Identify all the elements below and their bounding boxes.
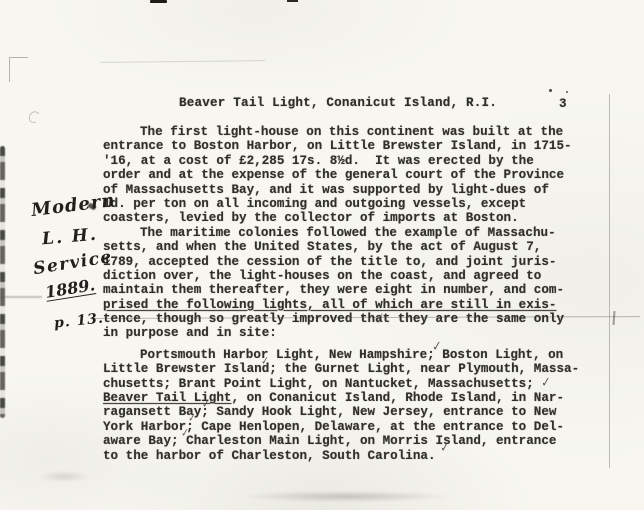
text-line: coasters, levied by the collector of imp… — [103, 211, 611, 225]
document-body: The first light-house on this continent … — [103, 125, 611, 463]
text-line: '16, at a cost of £2,285 17s. 8½d. It wa… — [103, 154, 611, 168]
checkmark-boston-light: ✓ — [432, 338, 443, 355]
text-line: York Harbor; Cape Henlopen, Delaware, at… — [103, 420, 611, 434]
text-line: maintain them thereafter, they were eigh… — [103, 283, 611, 297]
checkmark-cape-henlopen: ✓ — [188, 412, 197, 425]
text-line: entrance to Boston Harbor, on Little Bre… — [103, 139, 611, 153]
text-line: 1789, accepted the cession of the title … — [103, 255, 611, 269]
scan-faint-line-top — [100, 60, 265, 63]
text-line: The first light-house on this continent … — [103, 125, 611, 139]
text-line: diction over, the light-houses on the co… — [103, 269, 611, 283]
margin-note-1889: 1889. — [44, 275, 96, 302]
scan-mark-top-2 — [287, 0, 298, 2]
paragraph-2: The maritime colonies followed the examp… — [103, 226, 611, 341]
text-line: ragansett Bay; Sandy Hook Light, New Jer… — [103, 405, 611, 419]
page-number: 3 — [559, 97, 567, 111]
scan-corner-bracket — [9, 57, 28, 82]
scan-edge-artifact-left — [0, 146, 5, 418]
text-segment: , on Conanicut Island, Rhode Island, in … — [231, 391, 564, 405]
paragraph-1: The first light-house on this continent … — [103, 125, 611, 226]
scan-smudge-bottom — [240, 491, 450, 502]
margin-note-lh: L. H. — [41, 225, 98, 250]
scan-speck-2 — [566, 91, 568, 93]
scan-speck-1 — [549, 89, 552, 92]
text-line: in purpose and in site: — [103, 326, 611, 340]
checkmark-sandy-hook: ✓ — [202, 398, 211, 411]
scan-squiggle — [27, 110, 41, 125]
text-line: aware Bay; Charleston Main Light, on Mor… — [103, 434, 611, 448]
text-line: of Massachusetts Bay, and it was support… — [103, 183, 611, 197]
text-line: The maritime colonies followed the examp… — [103, 226, 611, 240]
text-line-underlined: prised the following lights, all of whic… — [103, 298, 611, 312]
text-line: Little Brewster Island; the Gurnet Light… — [103, 362, 611, 376]
text-line: chusetts; Brant Point Light, on Nantucke… — [103, 377, 611, 391]
text-line: setts, and when the United States, by th… — [103, 240, 611, 254]
checkmark-charleston-main: ✓ — [181, 427, 190, 440]
text-line: tence, though so greatly improved that t… — [103, 312, 611, 326]
scan-dash-right — [613, 311, 616, 325]
paragraph-3: Portsmouth Harbor Light, New Hampshire; … — [103, 348, 611, 463]
beaver-tail-light-underlined: Beaver Tail Light — [103, 391, 231, 405]
scan-mark-top-1 — [150, 0, 167, 3]
checkmark-south-carolina: ✓ — [440, 439, 451, 456]
checkmark-gurnet-light: ✓ — [261, 355, 270, 368]
text-line: to the harbor of Charleston, South Carol… — [103, 449, 611, 463]
text-line: Portsmouth Harbor Light, New Hampshire; … — [103, 348, 611, 362]
text-line: 1d. per ton on all incoming and outgoing… — [103, 197, 611, 211]
margin-note-page-ref: p. 13. — [53, 310, 104, 331]
margin-note-service: Service — [32, 247, 114, 279]
scan-streak-left — [0, 296, 42, 298]
page-title: Beaver Tail Light, Conanicut Island, R.I… — [179, 96, 497, 110]
scanned-document-page: { "document": { "header": { "title": "Be… — [0, 0, 644, 510]
checkmark-brant-point: ✓ — [541, 374, 552, 391]
text-line: Beaver Tail Light, on Conanicut Island, … — [103, 391, 611, 405]
text-line: order and at the expense of the general … — [103, 168, 611, 182]
scan-smudge-bottom-left — [38, 471, 90, 482]
